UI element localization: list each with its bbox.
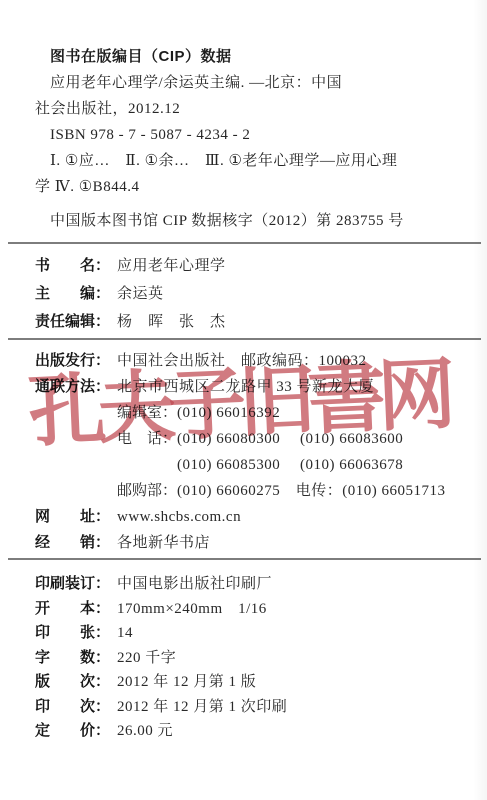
chief-editor-label: 主 编：: [35, 280, 117, 308]
contact-address-label: 通联方法：: [35, 374, 117, 400]
cip-title-line: 应用老年心理学/余运英主编. —北京：中国: [35, 70, 461, 96]
editorial-office-value: (010) 66016392: [177, 400, 280, 426]
distribution-value: 各地新华书店: [117, 530, 210, 556]
chief-editor-value: 余运英: [117, 280, 164, 308]
printer-row: 印刷装订： 中国电影出版社印刷厂: [35, 572, 461, 597]
price-value: 26.00 元: [117, 719, 173, 744]
website-value: www.shcbs.com.cn: [117, 504, 241, 530]
phone-label: 电 话：: [117, 426, 177, 452]
cip-block: 图书在版编目（CIP）数据 应用老年心理学/余运英主编. —北京：中国 社会出版…: [35, 44, 461, 234]
distribution-label: 经 销：: [35, 530, 117, 556]
divider-top: [8, 242, 481, 244]
format-row: 开 本： 170mm×240mm 1/16: [35, 597, 461, 622]
sheets-row: 印 张： 14: [35, 621, 461, 646]
cip-isbn-line: ISBN 978 - 7 - 5087 - 4234 - 2: [35, 122, 461, 148]
print-info-section: 印刷装订： 中国电影出版社印刷厂 开 本： 170mm×240mm 1/16 印…: [35, 572, 461, 744]
book-title-label: 书 名：: [35, 252, 117, 280]
impression-row: 印 次： 2012 年 12 月第 1 次印刷: [35, 695, 461, 720]
book-info-section: 书 名： 应用老年心理学 主 编： 余运英 责任编辑： 杨 晖 张 杰: [35, 252, 461, 336]
publisher-label: 出版发行：: [35, 348, 117, 374]
edition-label: 版 次：: [35, 670, 117, 695]
chief-editor-row: 主 编： 余运英: [35, 280, 461, 308]
edition-value: 2012 年 12 月第 1 版: [117, 670, 256, 695]
cip-classification-line-2: 学 Ⅳ. ①B844.4: [35, 174, 461, 200]
cip-publisher-line: 社会出版社，2012.12: [35, 96, 461, 122]
editorial-office-label: 编辑室：: [117, 400, 177, 426]
edition-row: 版 次： 2012 年 12 月第 1 版: [35, 670, 461, 695]
divider-middle: [8, 338, 481, 340]
website-label: 网 址：: [35, 504, 117, 530]
word-count-value: 220 千字: [117, 646, 176, 671]
price-label: 定 价：: [35, 719, 117, 744]
printer-value: 中国电影出版社印刷厂: [117, 572, 272, 597]
format-label: 开 本：: [35, 597, 117, 622]
cip-classification-line: Ⅰ. ①应… Ⅱ. ①余… Ⅲ. ①老年心理学—应用心理: [35, 148, 461, 174]
website-row: 网 址： www.shcbs.com.cn: [35, 504, 461, 530]
sheets-value: 14: [117, 621, 133, 646]
impression-label: 印 次：: [35, 695, 117, 720]
phone-continuation-row: (010) 66085300 (010) 66063678: [35, 452, 461, 478]
contact-address-row: 通联方法： 北京市西城区二龙路甲 33 号新龙大厦: [35, 374, 461, 400]
cip-heading: 图书在版编目（CIP）数据: [35, 44, 461, 70]
copyright-page: 图书在版编目（CIP）数据 应用老年心理学/余运英主编. —北京：中国 社会出版…: [0, 0, 487, 800]
publisher-info-section: 出版发行： 中国社会出版社 邮政编码：100032 通联方法： 北京市西城区二龙…: [35, 348, 461, 556]
word-count-label: 字 数：: [35, 646, 117, 671]
contact-address-value: 北京市西城区二龙路甲 33 号新龙大厦: [117, 374, 374, 400]
exec-editor-row: 责任编辑： 杨 晖 张 杰: [35, 308, 461, 336]
word-count-row: 字 数： 220 千字: [35, 646, 461, 671]
page-content: 图书在版编目（CIP）数据 应用老年心理学/余运英主编. —北京：中国 社会出版…: [0, 0, 487, 744]
price-row: 定 价： 26.00 元: [35, 719, 461, 744]
mail-order-label: 邮购部：: [117, 478, 177, 504]
book-title-row: 书 名： 应用老年心理学: [35, 252, 461, 280]
exec-editor-value: 杨 晖 张 杰: [117, 308, 226, 336]
mail-order-value: (010) 66060275 电传：(010) 66051713: [177, 478, 445, 504]
cip-record-number-line: 中国版本图书馆 CIP 数据核字（2012）第 283755 号: [35, 208, 461, 234]
divider-bottom: [8, 558, 481, 560]
publisher-row: 出版发行： 中国社会出版社 邮政编码：100032: [35, 348, 461, 374]
impression-value: 2012 年 12 月第 1 次印刷: [117, 695, 287, 720]
mail-order-row: 邮购部： (010) 66060275 电传：(010) 66051713: [35, 478, 461, 504]
printer-label: 印刷装订：: [35, 572, 117, 597]
book-title-value: 应用老年心理学: [117, 252, 226, 280]
editorial-office-row: 编辑室： (010) 66016392: [35, 400, 461, 426]
phone-value: (010) 66080300 (010) 66083600: [177, 426, 403, 452]
publisher-value: 中国社会出版社 邮政编码：100032: [117, 348, 367, 374]
phone-row: 电 话： (010) 66080300 (010) 66083600: [35, 426, 461, 452]
distribution-row: 经 销： 各地新华书店: [35, 530, 461, 556]
sheets-label: 印 张：: [35, 621, 117, 646]
format-value: 170mm×240mm 1/16: [117, 597, 267, 622]
phone-continuation-value: (010) 66085300 (010) 66063678: [177, 452, 403, 478]
exec-editor-label: 责任编辑：: [35, 308, 117, 336]
